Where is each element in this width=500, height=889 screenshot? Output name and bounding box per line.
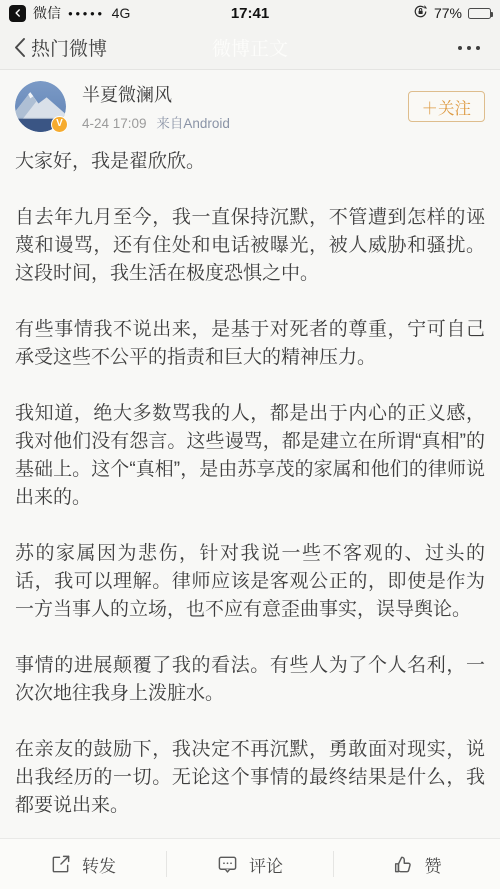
comment-icon [217,854,238,875]
post-paragraph: 有些事情我不说出来，是基于对死者的尊重，宁可自己承受这些不公平的指责和巨大的精神… [15,316,485,372]
battery-icon [468,8,491,19]
like-icon [393,854,414,875]
like-button[interactable]: 赞 [334,839,500,889]
like-label: 赞 [425,852,442,877]
back-label: 热门微博 [31,34,107,61]
post-paragraph: 大家好，我是翟欣欣。 [15,148,485,176]
follow-button[interactable]: ＋关注 [408,91,486,122]
verified-badge-icon: V [51,116,68,133]
repost-icon [50,854,71,875]
post-meta: 4-24 17:09 来自Android [82,112,230,132]
post-paragraph: 我知道，绝大多数骂我的人，都是出于内心的正义感，我对他们没有怨言。这些谩骂，都是… [15,400,485,512]
post-paragraph: 在亲友的鼓励下，我决定不再沉默，勇敢面对现实，说出我经历的一切。无论这个事情的最… [15,736,485,820]
repost-label: 转发 [82,852,116,877]
comment-label: 评论 [249,852,283,877]
post-paragraph: 事情的进展颠覆了我的看法。有些人为了个人名利，一次次地往我身上泼脏水。 [15,652,485,708]
post-header: V 半夏微澜风 4-24 17:09 来自Android ＋关注 [0,70,500,138]
more-icon [458,46,462,50]
post-paragraph: 苏的家属因为悲伤，针对我说一些不客观的、过头的话，我可以理解。律师应该是客观公正… [15,540,485,624]
back-chevron-icon [14,37,26,58]
rotation-lock-icon [413,4,428,22]
post-source-link[interactable]: 来自Android [156,116,230,131]
more-button[interactable] [452,38,486,58]
nav-bar: 热门微博 微博正文 [0,26,500,70]
back-button[interactable]: 热门微博 [14,34,107,61]
post-timestamp: 4-24 17:09 [82,116,147,131]
signal-strength-icon: ●●●●● [68,9,105,18]
post-content: V 半夏微澜风 4-24 17:09 来自Android ＋关注 大家好，我是翟… [0,70,500,838]
comment-button[interactable]: 评论 [167,839,333,889]
wechat-app-label[interactable]: 微信 [33,3,61,23]
status-bar: 微信 ●●●●● 4G 17:41 77% [0,0,500,26]
battery-percent-label: 77% [434,5,462,21]
network-type-label: 4G [112,5,131,21]
action-bar: 转发 评论 赞 [0,838,500,889]
repost-button[interactable]: 转发 [0,839,166,889]
post-body: 大家好，我是翟欣欣。 自去年九月至今，我一直保持沉默，不管遭到怎样的诬蔑和谩骂，… [0,138,500,838]
weibo-post-screen: 微信 ●●●●● 4G 17:41 77% 热门微博 [0,0,500,889]
avatar[interactable]: V [15,81,66,132]
wechat-back-icon[interactable] [9,5,26,22]
username[interactable]: 半夏微澜风 [82,81,230,107]
post-paragraph: 自去年九月至今，我一直保持沉默，不管遭到怎样的诬蔑和谩骂，还有住处和电话被曝光，… [15,204,485,288]
